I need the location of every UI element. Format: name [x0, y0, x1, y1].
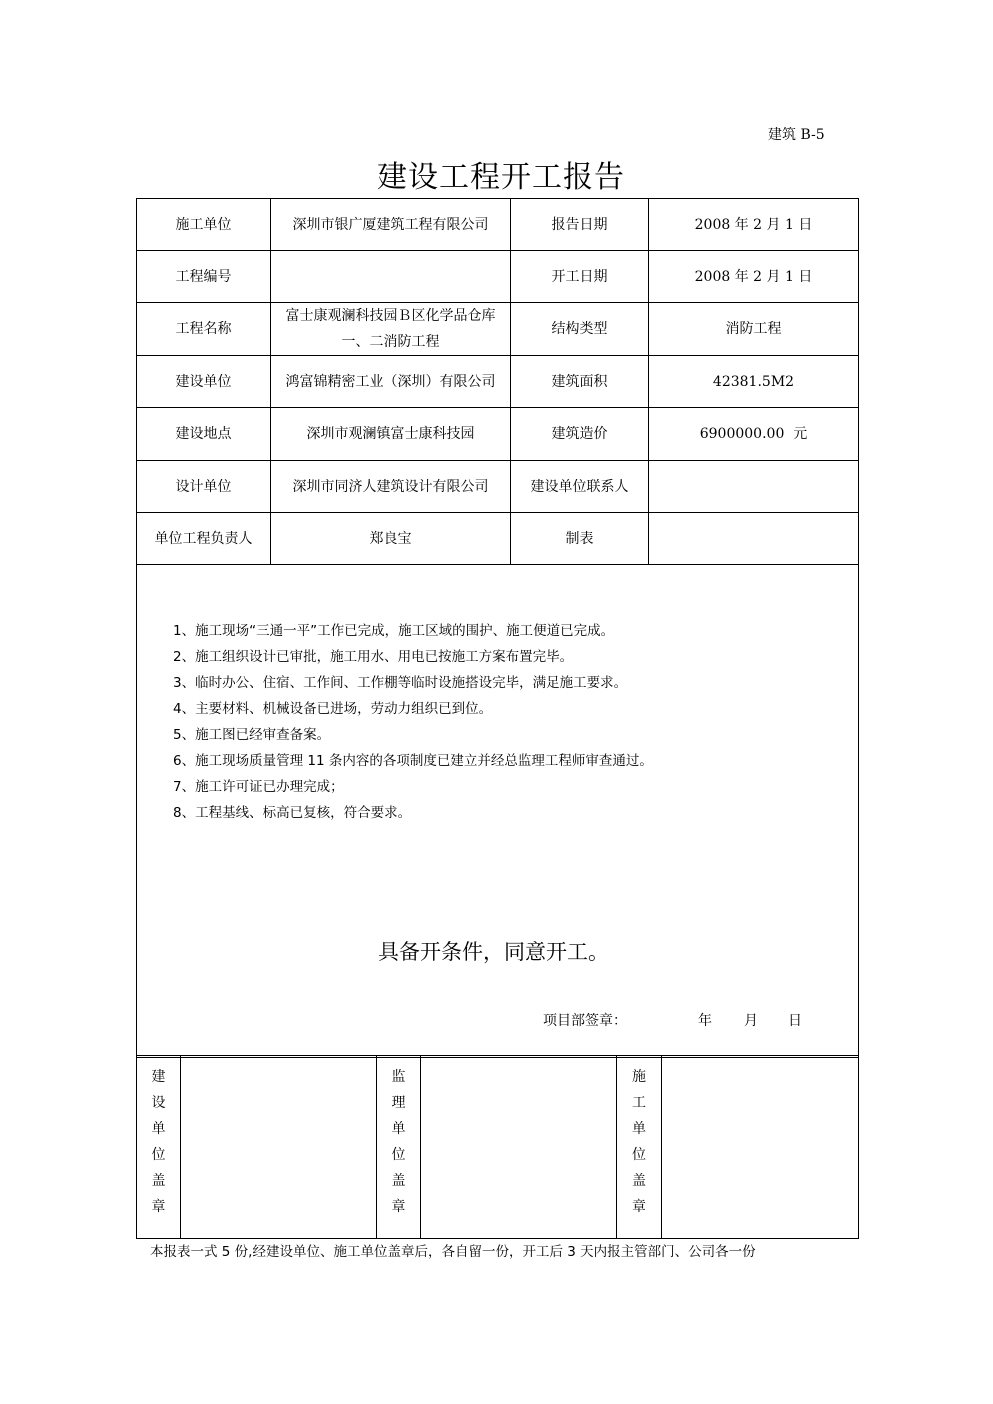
list-item: 4、主要材料、机械设备已进场，劳动力组织已到位。 [173, 696, 653, 722]
signature-line: 项目部签章：年月日 [543, 1008, 802, 1034]
label-owner-contact: 建设单位联系人 [511, 461, 649, 513]
value-building-area: 42381.5M2 [649, 356, 859, 408]
signature-day: 日 [788, 1008, 802, 1034]
value-structure-type: 消防工程 [649, 303, 859, 356]
signature-month: 月 [744, 1008, 788, 1034]
page-title: 建设工程开工报告 [377, 152, 625, 196]
value-owner-contact [649, 461, 859, 513]
table-row: 建设单位 鸿富锦精密工业（深圳）有限公司 建筑面积 42381.5M2 [137, 356, 859, 408]
signature-year: 年 [698, 1008, 744, 1034]
contractor-stamp-area [662, 1056, 859, 1239]
list-item: 3、临时办公、住宿、工作间、工作棚等临时设施搭设完毕，满足施工要求。 [173, 670, 653, 696]
value-report-date: 2008 年 2 月 1 日 [649, 199, 859, 251]
list-item: 5、施工图已经审查备案。 [173, 722, 653, 748]
owner-stamp-label: 建设单位盖章 [137, 1056, 181, 1239]
contractor-stamp-label: 施工单位盖章 [617, 1056, 662, 1239]
label-project-name: 工程名称 [137, 303, 271, 356]
list-item: 6、施工现场质量管理 11 条内容的各项制度已建立并经总监理工程师审查通过。 [173, 748, 653, 774]
value-owner-unit: 鸿富锦精密工业（深圳）有限公司 [271, 356, 511, 408]
value-construction-unit: 深圳市银广厦建筑工程有限公司 [271, 199, 511, 251]
value-site-location: 深圳市观澜镇富士康科技园 [271, 408, 511, 461]
label-owner-unit: 建设单位 [137, 356, 271, 408]
label-project-number: 工程编号 [137, 251, 271, 303]
conditions-cell: 1、施工现场“三通一平”工作已完成，施工区域的围护、施工便道已完成。 2、施工组… [137, 565, 859, 1058]
label-start-date: 开工日期 [511, 251, 649, 303]
label-site-location: 建设地点 [137, 408, 271, 461]
supervisor-stamp-label: 监理单位盖章 [377, 1056, 421, 1239]
table-row: 设计单位 深圳市同济人建筑设计有限公司 建设单位联系人 [137, 461, 859, 513]
value-construction-cost: 6900000.00 元 [649, 408, 859, 461]
owner-stamp-area [181, 1056, 377, 1239]
value-start-date: 2008 年 2 月 1 日 [649, 251, 859, 303]
label-prepared-by: 制表 [511, 513, 649, 565]
label-construction-unit: 施工单位 [137, 199, 271, 251]
value-project-number [271, 251, 511, 303]
value-prepared-by [649, 513, 859, 565]
document-code: 建筑 B-5 [768, 124, 825, 144]
list-item: 7、施工许可证已办理完成； [173, 774, 653, 800]
label-design-unit: 设计单位 [137, 461, 271, 513]
table-row: 建设地点 深圳市观澜镇富士康科技园 建筑造价 6900000.00 元 [137, 408, 859, 461]
value-project-manager: 郑良宝 [271, 513, 511, 565]
list-item: 1、施工现场“三通一平”工作已完成，施工区域的围护、施工便道已完成。 [173, 618, 653, 644]
label-structure-type: 结构类型 [511, 303, 649, 356]
list-item: 2、施工组织设计已审批，施工用水、用电已按施工方案布置完毕。 [173, 644, 653, 670]
conclusion: 具备开条件，同意开工。 [378, 939, 609, 965]
value-design-unit: 深圳市同济人建筑设计有限公司 [271, 461, 511, 513]
stamp-row: 建设单位盖章 监理单位盖章 施工单位盖章 [137, 1056, 859, 1239]
supervisor-stamp-area [421, 1056, 617, 1239]
table-row: 工程编号 开工日期 2008 年 2 月 1 日 [137, 251, 859, 303]
value-project-name: 富士康观澜科技园Ｂ区化学品仓库一、二消防工程 [271, 303, 511, 356]
label-project-manager: 单位工程负责人 [137, 513, 271, 565]
list-item: 8、工程基线、标高已复核，符合要求。 [173, 800, 653, 826]
report-table: 施工单位 深圳市银广厦建筑工程有限公司 报告日期 2008 年 2 月 1 日 … [136, 198, 859, 1058]
conditions-row: 1、施工现场“三通一平”工作已完成，施工区域的围护、施工便道已完成。 2、施工组… [137, 565, 859, 1058]
table-row: 单位工程负责人 郑良宝 制表 [137, 513, 859, 565]
signature-label: 项目部签章： [543, 1008, 698, 1034]
label-report-date: 报告日期 [511, 199, 649, 251]
stamp-table: 建设单位盖章 监理单位盖章 施工单位盖章 [136, 1055, 859, 1239]
label-construction-cost: 建筑造价 [511, 408, 649, 461]
table-row: 工程名称 富士康观澜科技园Ｂ区化学品仓库一、二消防工程 结构类型 消防工程 [137, 303, 859, 356]
conditions-list: 1、施工现场“三通一平”工作已完成，施工区域的围护、施工便道已完成。 2、施工组… [173, 618, 653, 826]
label-building-area: 建筑面积 [511, 356, 649, 408]
footnote: 本报表一式 5 份,经建设单位、施工单位盖章后，各自留一份，开工后 3 天内报主… [150, 1240, 756, 1260]
table-row: 施工单位 深圳市银广厦建筑工程有限公司 报告日期 2008 年 2 月 1 日 [137, 199, 859, 251]
